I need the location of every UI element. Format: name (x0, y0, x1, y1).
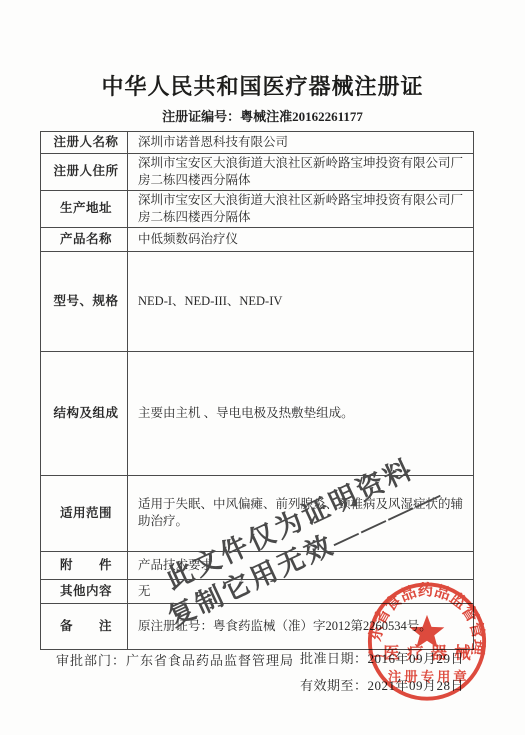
table-row: 生产地址 深圳市宝安区大浪街道大浪社区新岭路宝坤投资有限公司厂房二栋四楼西分隔体 (41, 190, 474, 227)
row-label: 产品名称 (41, 227, 128, 251)
row-value: 产品技术要求 (128, 551, 474, 579)
row-value: 主要由主机 、导电电极及热敷垫组成。 (128, 351, 474, 475)
row-label: 生产地址 (41, 190, 128, 227)
approval-date: 批准日期：2016年09月29日 (300, 648, 464, 667)
certificate-page: 中华人民共和国医疗器械注册证 注册证编号：粤械注准20162261177 注册人… (0, 0, 525, 735)
row-value: 适用于失眠、中风偏瘫、前列腺炎、颈椎病及风湿症状的辅助治疗。 (128, 475, 474, 551)
row-value: 中低频数码治疗仪 (128, 227, 474, 251)
registration-number: 注册证编号：粤械注准20162261177 (0, 106, 525, 125)
table-row: 备 注 原注册证号：粤食药监械（准）字2012第2260534号。 (41, 603, 474, 649)
row-label: 其他内容 (41, 579, 128, 603)
row-label: 结构及组成 (41, 351, 128, 475)
row-value: 无 (128, 579, 474, 603)
row-value: 深圳市诺普恩科技有限公司 (128, 132, 474, 154)
row-value: 原注册证号：粤食药监械（准）字2012第2260534号。 (128, 603, 474, 649)
table-row: 型号、规格 NED-I、NED-III、NED-IV (41, 251, 474, 351)
row-label: 注册人住所 (41, 154, 128, 191)
row-label: 适用范围 (41, 475, 128, 551)
certificate-table: 注册人名称 深圳市诺普恩科技有限公司 注册人住所 深圳市宝安区大浪街道大浪社区新… (40, 131, 474, 650)
certificate-title: 中华人民共和国医疗器械注册证 (0, 70, 525, 101)
row-label: 型号、规格 (41, 251, 128, 351)
table-row: 结构及组成 主要由主机 、导电电极及热敷垫组成。 (41, 351, 474, 475)
table-row: 注册人名称 深圳市诺普恩科技有限公司 (41, 132, 474, 154)
row-label: 备 注 (41, 603, 128, 649)
table-row: 附 件 产品技术要求 (41, 551, 474, 579)
table-row: 其他内容 无 (41, 579, 474, 603)
table-row: 注册人住所 深圳市宝安区大浪街道大浪社区新岭路宝坤投资有限公司厂房二栋四楼西分隔… (41, 154, 474, 191)
table-row: 适用范围 适用于失眠、中风偏瘫、前列腺炎、颈椎病及风湿症状的辅助治疗。 (41, 475, 474, 551)
row-value: 深圳市宝安区大浪街道大浪社区新岭路宝坤投资有限公司厂房二栋四楼西分隔体 (128, 190, 474, 227)
valid-until-date: 有效期至：2021年09月28日 (300, 675, 464, 694)
approval-department: 审批部门：广东省食品药品监督管理局 (56, 650, 294, 669)
table-row: 产品名称 中低频数码治疗仪 (41, 227, 474, 251)
row-value: 深圳市宝安区大浪街道大浪社区新岭路宝坤投资有限公司厂房二栋四楼西分隔体 (128, 154, 474, 191)
row-value: NED-I、NED-III、NED-IV (128, 251, 474, 351)
row-label: 注册人名称 (41, 132, 128, 154)
row-label: 附 件 (41, 551, 128, 579)
